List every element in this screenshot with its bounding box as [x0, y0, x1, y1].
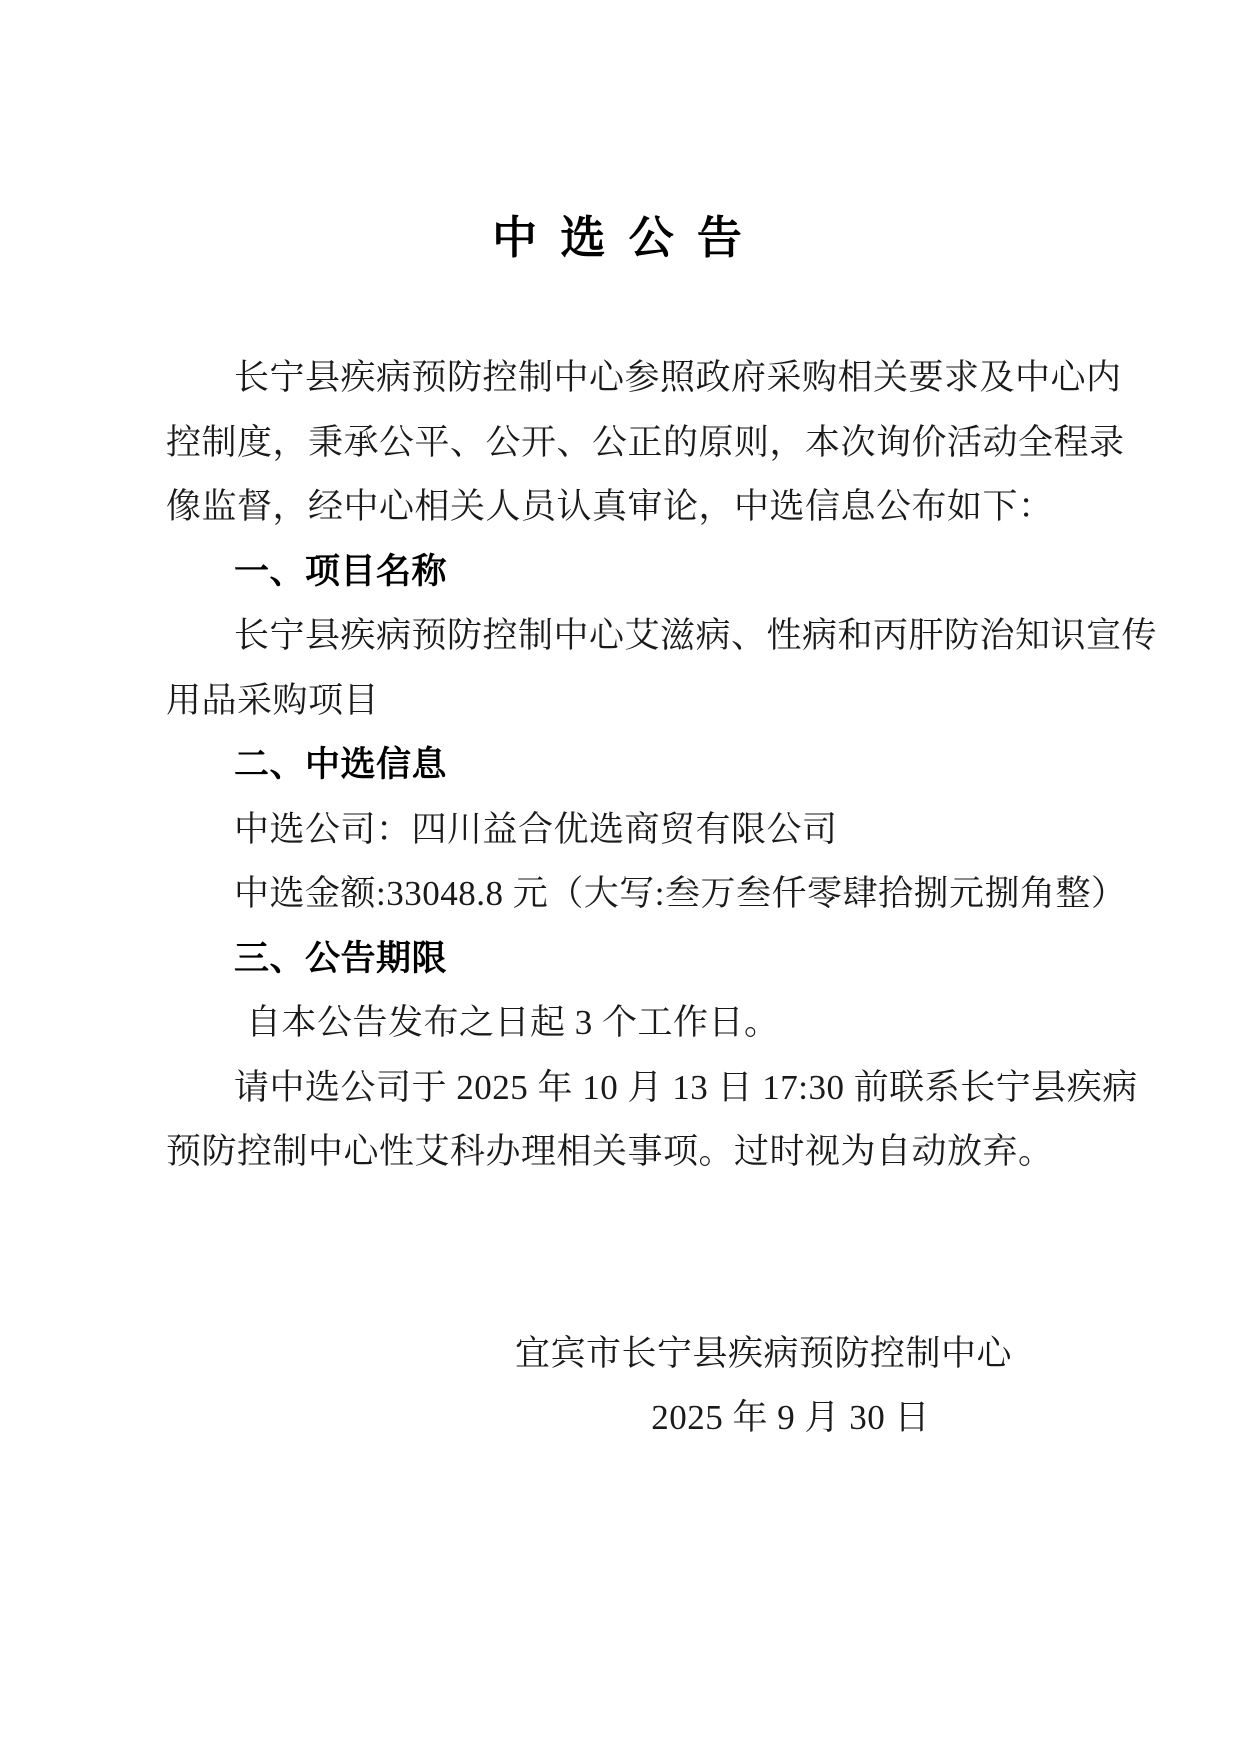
document-line: 请中选公司于 2025 年 10 月 13 日 17:30 前联系长宁县疾病	[166, 1056, 1120, 1121]
page-title: 中 选 公 告	[0, 0, 1240, 271]
document-line: 预防控制中心性艾科办理相关事项。过时视为自动放弃。	[166, 1120, 1120, 1185]
signature-block: 宜宾市长宁县疾病预防控制中心 2025 年 9 月 30 日	[0, 1322, 1240, 1451]
document-line: 控制度，秉承公平、公开、公正的原则，本次询价活动全程录	[166, 411, 1120, 476]
document-line: 自本公告发布之日起 3 个工作日。	[166, 991, 1120, 1056]
document-body: 长宁县疾病预防控制中心参照政府采购相关要求及中心内控制度，秉承公平、公开、公正的…	[0, 346, 1240, 1185]
signature-date: 2025 年 9 月 30 日	[0, 1386, 1240, 1451]
document-line: 像监督，经中心相关人员认真审论，中选信息公布如下：	[166, 475, 1120, 540]
section-heading: 一、项目名称	[166, 540, 1120, 605]
signature-organization: 宜宾市长宁县疾病预防控制中心	[0, 1322, 1240, 1387]
document-line: 长宁县疾病预防控制中心参照政府采购相关要求及中心内	[166, 346, 1120, 411]
document-line: 用品采购项目	[166, 669, 1120, 734]
document-line: 长宁县疾病预防控制中心艾滋病、性病和丙肝防治知识宣传	[166, 604, 1120, 669]
announcement-page: 中 选 公 告 长宁县疾病预防控制中心参照政府采购相关要求及中心内控制度，秉承公…	[0, 0, 1240, 1754]
section-heading: 二、中选信息	[166, 733, 1120, 798]
document-line: 中选金额:33048.8 元（大写:叁万叁仟零肆拾捌元捌角整）	[166, 862, 1120, 927]
document-line: 中选公司：四川益合优选商贸有限公司	[166, 798, 1120, 863]
section-heading: 三、公告期限	[166, 927, 1120, 992]
